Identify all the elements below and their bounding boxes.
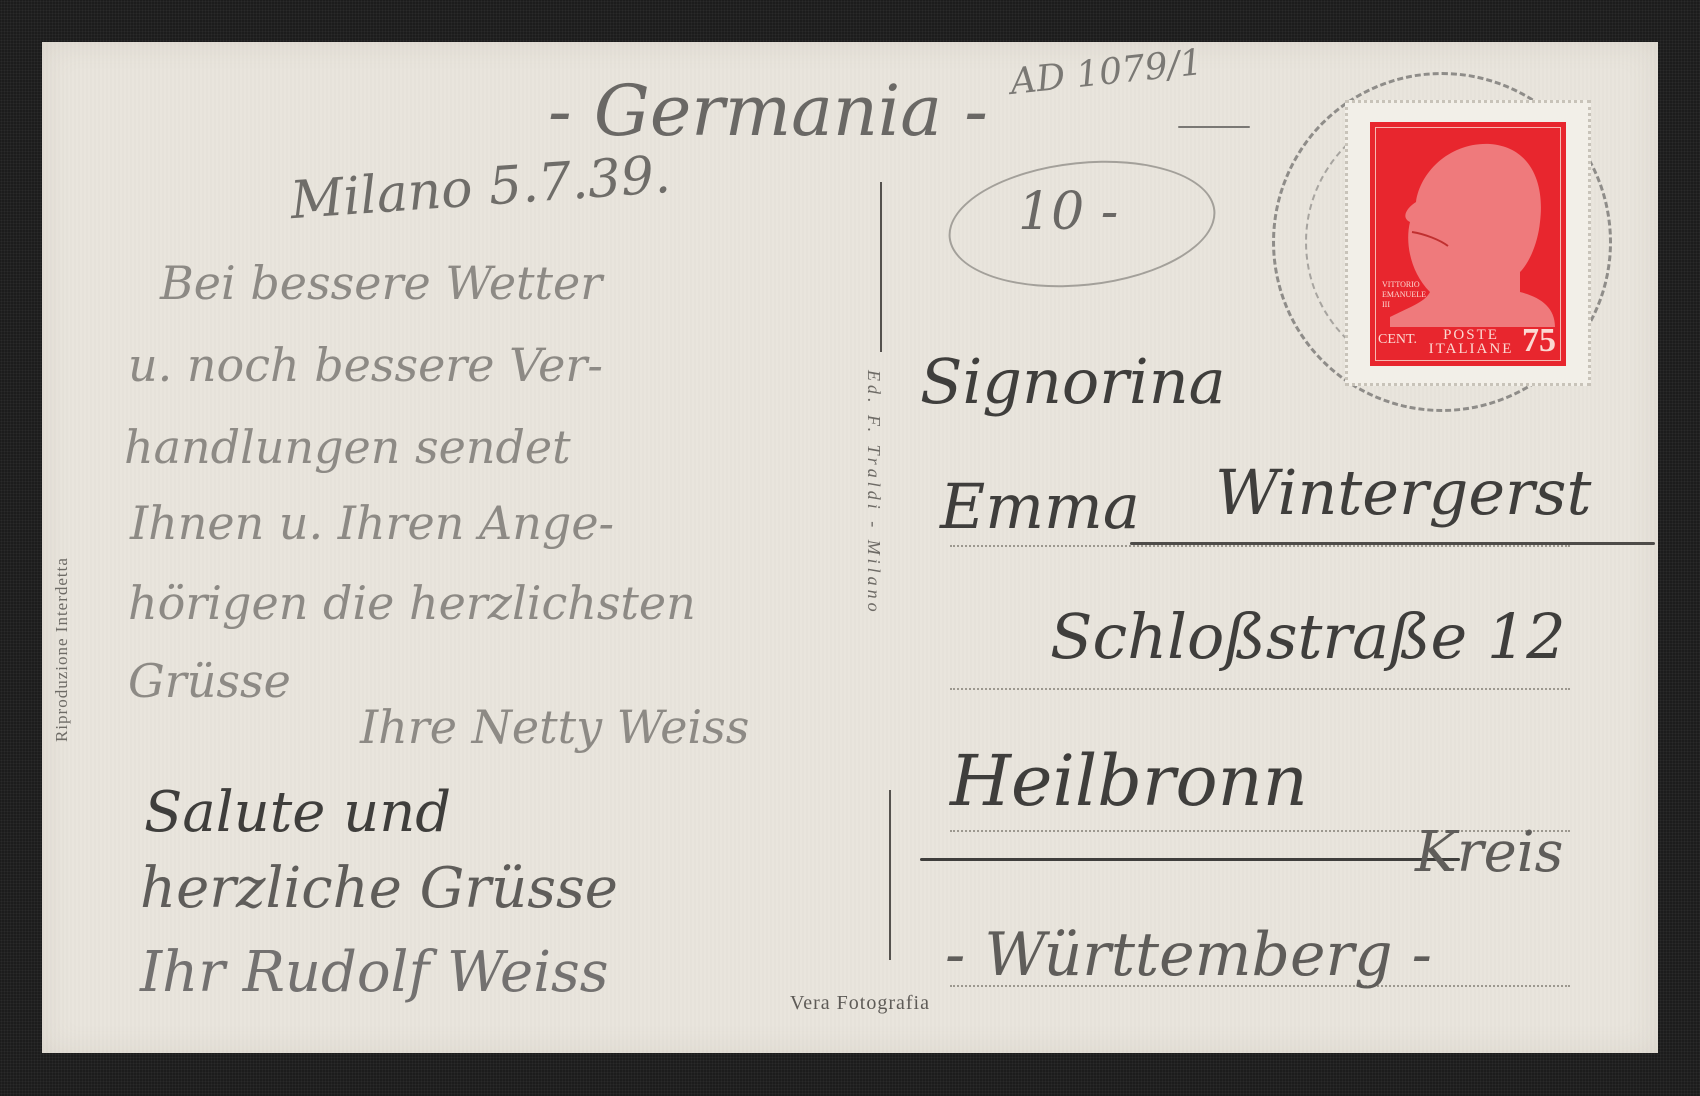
- closing-line-2: herzliche Grüsse: [140, 856, 618, 921]
- city-underline: [920, 858, 1460, 861]
- address-city: Heilbronn: [950, 740, 1308, 822]
- fee-mark: 10 -: [1018, 182, 1118, 242]
- message-signature-1: Ihre Netty Weiss: [360, 700, 749, 754]
- closing-line-1: Salute und: [144, 780, 451, 845]
- printed-publisher-imprint: Ed. F. Traldi - Milano: [863, 370, 884, 616]
- message-line-4: Ihnen u. Ihren Ange-: [130, 496, 614, 550]
- archive-underline: [1178, 126, 1250, 128]
- closing-signature: Ihr Rudolf Weiss: [140, 940, 609, 1005]
- address-street: Schloßstraße 12: [1050, 600, 1566, 673]
- address-line-2: [950, 688, 1570, 690]
- stamp-portrait-caption: VITTORIO EMANUELE III: [1382, 280, 1428, 310]
- address-salutation: Signorina: [920, 345, 1226, 418]
- last-name-underline: [1130, 542, 1655, 545]
- stamp-denomination: 75: [1522, 322, 1556, 360]
- destination-country: - Germania -: [548, 70, 988, 152]
- message-line-5: hörigen die herzlichsten: [128, 576, 696, 630]
- printed-photo-label: Vera Fotografia: [790, 992, 930, 1015]
- address-first-name: Emma: [940, 470, 1140, 543]
- printed-copyright-notice: Riproduzione Interdetta: [52, 557, 72, 742]
- center-divider-top: [880, 182, 882, 352]
- message-line-2: u. noch bessere Ver-: [128, 338, 603, 392]
- address-last-name: Wintergerst: [1215, 456, 1591, 529]
- message-line-1: Bei bessere Wetter: [160, 256, 602, 310]
- address-region: - Württemberg -: [945, 920, 1432, 990]
- message-line-6: Grüsse: [128, 654, 291, 708]
- message-line-3: handlungen sendet: [124, 420, 571, 474]
- postage-stamp: VITTORIO EMANUELE III CENT. POSTE ITALIA…: [1370, 122, 1566, 366]
- address-district: Kreis: [1415, 820, 1563, 885]
- stamp-country: POSTE ITALIANE: [1416, 328, 1526, 356]
- center-divider-bottom: [889, 790, 891, 960]
- stamp-currency: CENT.: [1378, 332, 1417, 348]
- address-line-1: [950, 545, 1570, 547]
